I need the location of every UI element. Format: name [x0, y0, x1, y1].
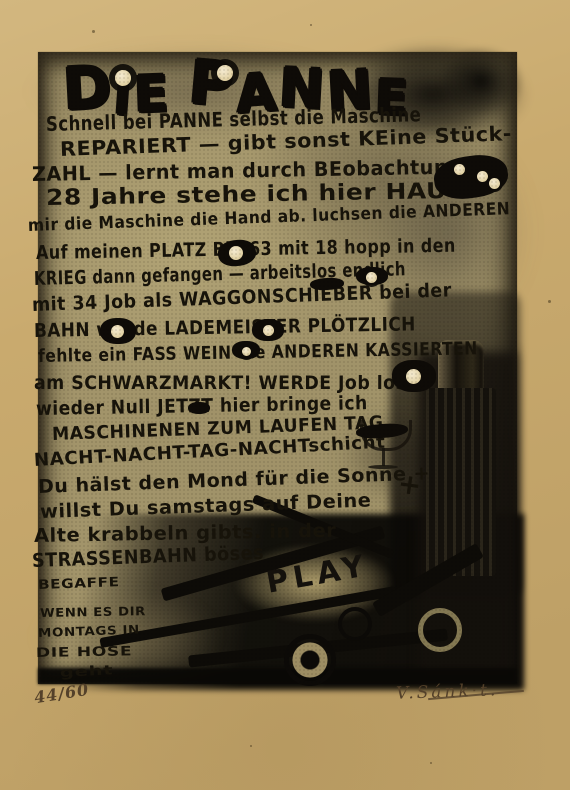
punch-dot — [454, 164, 465, 175]
text-line-22: DIE HOSE — [36, 644, 133, 661]
punch-dot — [217, 65, 233, 81]
paper-speck — [250, 745, 252, 747]
text-line-11: am SCHWARZMARKT! WERDE Job los — [34, 372, 406, 394]
title-letter: D — [62, 58, 113, 118]
still-life-ring — [338, 607, 372, 641]
punch-dot — [406, 369, 421, 384]
aquatint-wash — [438, 46, 524, 116]
paper-speck — [310, 24, 312, 26]
punch-dot — [477, 171, 488, 182]
punch-dot — [263, 325, 274, 336]
paper-speck — [430, 762, 432, 764]
text-line-23: geht — [60, 663, 114, 681]
punch-dot — [115, 70, 131, 86]
bottle — [426, 388, 496, 576]
still-life-ring — [418, 608, 462, 652]
artwork-photo: + DIE PANNE Schnell bei PANNE selbst die… — [0, 0, 570, 790]
artist-signature: V.Sánk·t. — [396, 680, 499, 704]
punch-dot — [229, 246, 243, 260]
etching-plate: + DIE PANNE Schnell bei PANNE selbst die… — [38, 52, 517, 684]
text-line-19: BEGAFFE — [38, 575, 120, 593]
paper-speck — [92, 30, 95, 33]
punch-dot — [489, 178, 500, 189]
still-life-eye-ring — [284, 634, 336, 686]
text-line-17: Alte krabbeln gibts. in der — [34, 520, 337, 547]
punch-dot — [111, 325, 124, 338]
text-line-20: WENN ES DIR — [40, 604, 146, 620]
punch-dot — [366, 272, 377, 283]
punch-dot — [242, 347, 251, 356]
text-line-9: BAHN wurde LADEMEISTER PLÖTZLICH — [34, 313, 416, 342]
paper-speck — [548, 300, 551, 303]
ink-blob — [188, 402, 210, 414]
title-space — [171, 87, 189, 107]
